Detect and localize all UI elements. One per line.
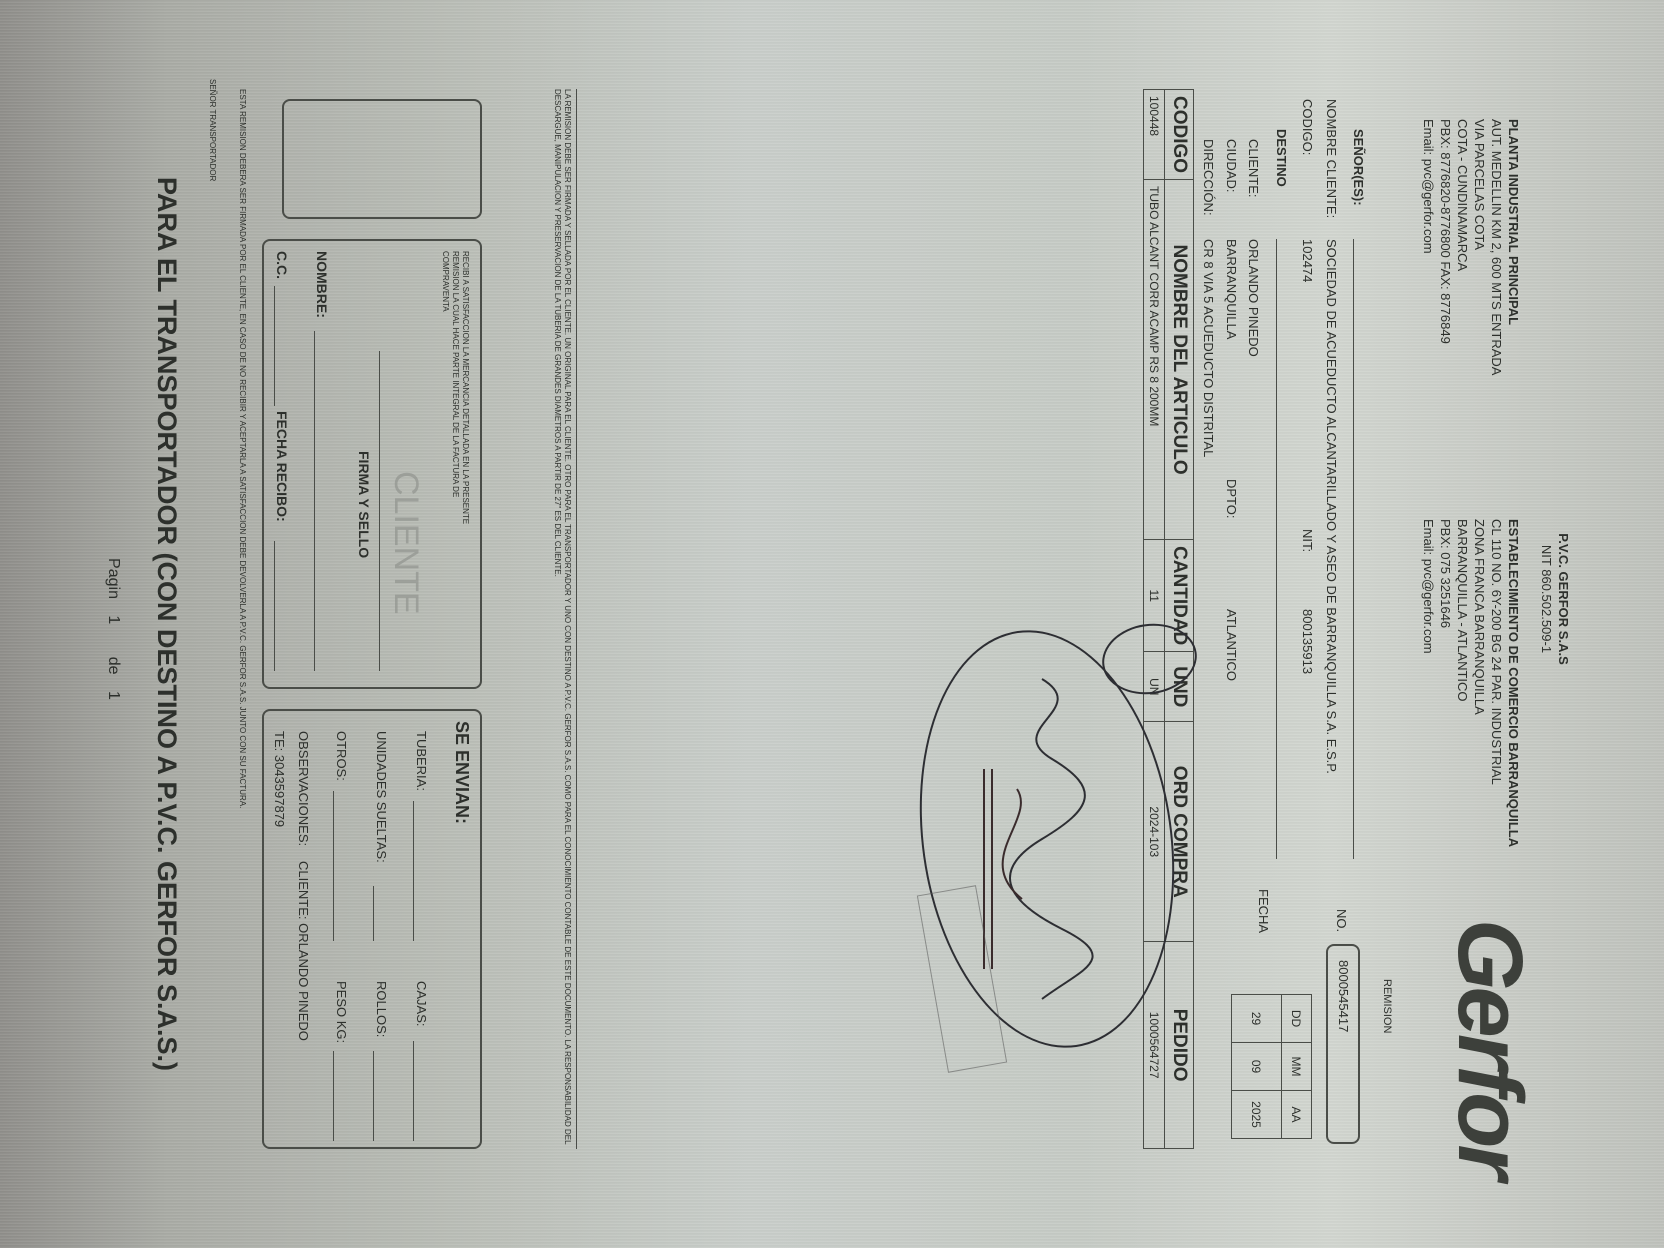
- transport-note: ESTA REMISION DEBERA SER FIRMADA POR EL …: [237, 89, 247, 1149]
- ciudad-value: BARRANQUILLA: [1223, 239, 1240, 339]
- fecha-recibo-label: FECHA RECIBO:: [274, 411, 290, 522]
- nombre-label: NOMBRE:: [314, 251, 330, 318]
- observaciones-value: Cliente: ORLANDO PINEDO: [295, 861, 312, 1041]
- branch-title: ESTABLECIMIENTO DE COMERCIO BARRANQUILLA: [1505, 519, 1522, 899]
- codigo-value: 102474: [1299, 239, 1316, 282]
- col-nombre-articulo: NOMBRE DEL ARTICULO: [1165, 180, 1194, 540]
- plant-email: Email: pvc@gerfor.com: [1420, 119, 1437, 459]
- rollos-label: ROLLOS:: [373, 981, 390, 1037]
- company-nit: NIT 860.502.509-1: [1538, 479, 1555, 719]
- remision-number: 8000545417: [1326, 944, 1360, 1144]
- codigo-label: Codigo:: [1299, 99, 1316, 155]
- date-month: 09: [1232, 1043, 1282, 1091]
- cell-codigo: 100448: [1144, 90, 1165, 180]
- legal-text: LA REMISION DEBE SER FIRMADA Y SELLADA P…: [552, 89, 577, 1149]
- branch-address-block: ESTABLECIMIENTO DE COMERCIO BARRANQUILLA…: [1420, 519, 1522, 899]
- plant-address-block: PLANTA INDUSTRIAL PRINCIPAL AUT. MEDELLI…: [1420, 119, 1522, 459]
- col-pedido: PEDIDO: [1165, 942, 1194, 1149]
- firma-sello-label: FIRMA Y SELLO: [356, 451, 372, 558]
- se-envian-title: SE ENVIAN:: [451, 721, 472, 824]
- dpto-value: ATLANTICO: [1223, 609, 1240, 681]
- date-header-dd: DD: [1282, 995, 1312, 1043]
- plant-line: COTA - CUNDINAMARCA: [1454, 119, 1471, 459]
- nombre-cliente-label: Nombre cliente:: [1323, 99, 1340, 218]
- reception-box: RECIBI A SATISFACCION LA MERCANCIA DETAL…: [262, 239, 482, 689]
- cliente-stamp: CLIENTE: [386, 471, 425, 615]
- dpto-label: Dpto:: [1223, 479, 1240, 519]
- date-grid: DD MM AA 29 09 2025: [1231, 994, 1312, 1139]
- remision-label: REMISION: [1382, 979, 1392, 1033]
- delivery-note-document: P.V.C. GERFOR S.A.S NIT 860.502.509-1 PL…: [52, 49, 1612, 1199]
- transport-signature-box: [282, 99, 482, 219]
- branch-line: PBX: 075 3251646: [1437, 519, 1454, 899]
- date-header-mm: MM: [1282, 1043, 1312, 1091]
- items-header-row: CODIGO NOMBRE DEL ARTICULO CANTIDAD UND …: [1165, 90, 1194, 1149]
- destino-label: DESTINO: [1273, 129, 1290, 187]
- date-year: 2025: [1232, 1091, 1282, 1139]
- page-of-label: de: [105, 657, 122, 675]
- peso-kg-label: PESO KG:: [333, 981, 350, 1043]
- fecha-label: FECHA: [1255, 889, 1272, 933]
- nit-value: 800135913: [1299, 609, 1316, 674]
- date-day: 29: [1232, 995, 1282, 1043]
- gerfor-logo: Gerfor: [1437, 919, 1542, 1176]
- observaciones-label: OBSERVACIONES:: [295, 731, 312, 846]
- transport-box-label: SEÑOR TRANSPORTADOR: [207, 79, 217, 181]
- plant-title: PLANTA INDUSTRIAL PRINCIPAL: [1505, 119, 1522, 459]
- branch-line: BARRANQUILLA - ATLANTICO: [1454, 519, 1471, 899]
- page-label: Pagin: [105, 558, 122, 599]
- senores-label: SEÑOR(ES):: [1350, 129, 1367, 206]
- date-header-aa: AA: [1282, 1091, 1312, 1139]
- nombre-cliente-value: SOCIEDAD DE ACUEDUCTO ALCANTARILLADO Y A…: [1323, 239, 1340, 859]
- branch-email: Email: pvc@gerfor.com: [1420, 519, 1437, 899]
- unidades-sueltas-label: UNIDADES SUELTAS:: [373, 731, 390, 863]
- page-number: 1: [105, 615, 122, 624]
- destino-cliente-value: ORLANDO PINEDO: [1245, 239, 1262, 357]
- reception-declaration: RECIBI A SATISFACCION LA MERCANCIA DETAL…: [440, 251, 470, 551]
- page-total: 1: [105, 691, 122, 700]
- col-codigo: CODIGO: [1165, 90, 1194, 180]
- cell-articulo: TUBO ALCANT CORR ACAMP RS 8 200mm: [1144, 180, 1165, 540]
- shipment-box: SE ENVIAN: TUBERIA: CAJAS: UNIDADES SUEL…: [262, 709, 482, 1149]
- nit-label: NIT:: [1299, 529, 1316, 552]
- plant-line: PBX: 8776820-8776800 FAX: 8776849: [1437, 119, 1454, 459]
- remision-no-label: No.: [1333, 909, 1350, 932]
- company-name: P.V.C. GERFOR S.A.S: [1555, 479, 1572, 719]
- footer-title: PARA EL TRANSPORTADOR (CON DESTINO A P.V…: [151, 49, 182, 1199]
- tuberia-label: TUBERIA:: [413, 731, 430, 791]
- cc-label: C.C.: [274, 251, 290, 279]
- page-indicator: Pagin 1 de 1: [104, 479, 122, 779]
- observaciones-phone: Te: 3043597879: [271, 731, 288, 827]
- plant-line: VIA PARCELAS COTA: [1471, 119, 1488, 459]
- branch-line: ZONA FRANCA BARRANQUILLA: [1471, 519, 1488, 899]
- destino-cliente-label: Cliente:: [1245, 139, 1262, 198]
- plant-line: AUT. MEDELLIN KM 2, 600 MTS ENTRADA: [1488, 119, 1505, 459]
- ciudad-label: Ciudad:: [1223, 139, 1240, 192]
- cajas-label: CAJAS:: [413, 981, 430, 1027]
- items-table: CODIGO NOMBRE DEL ARTICULO CANTIDAD UND …: [1143, 89, 1194, 1149]
- direccion-label: Dirección:: [1200, 139, 1217, 216]
- otros-label: OTROS:: [333, 731, 350, 781]
- branch-line: CL 110 No. 6Y-200 BG 24 PAR. INDUSTRIAL: [1488, 519, 1505, 899]
- direccion-value: CR 8 VIA 5 ACUEDUCTO DISTRITAL: [1200, 239, 1217, 457]
